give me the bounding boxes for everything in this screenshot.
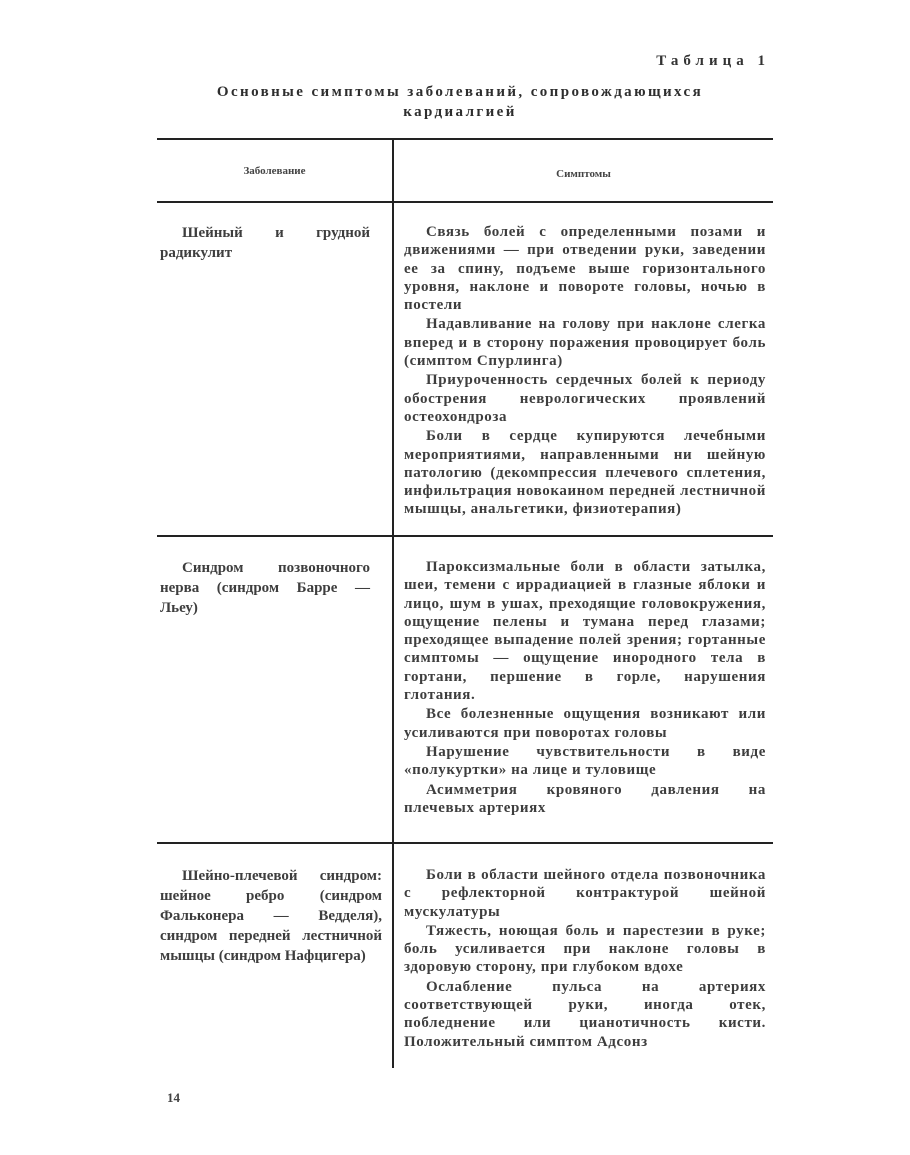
column-divider	[392, 138, 394, 1068]
page-number: 14	[167, 1090, 180, 1106]
row-3-symptoms: Боли в области шейного отдела позвоночни…	[404, 866, 766, 1052]
symptom-paragraph: Нарушение чувствительности в виде «полук…	[404, 743, 766, 780]
symptom-paragraph: Пароксизмальные боли в области затылка, …	[404, 558, 766, 704]
symptom-paragraph: Асимметрия кровяного давления на плечевы…	[404, 781, 766, 818]
header-disease: Заболевание	[157, 165, 392, 177]
table-caption: Таблица 1	[656, 53, 770, 70]
row-2-bottom-rule	[157, 842, 773, 844]
table-title: Основные симптомы заболеваний, сопровожд…	[150, 82, 770, 122]
symptom-paragraph: Все болезненные ощущения возникают или у…	[404, 705, 766, 742]
row-1-symptoms: Связь болей с определенными позами и дви…	[404, 223, 766, 520]
row-1-disease: Шейный и грудной радикулит	[160, 223, 370, 263]
symptom-paragraph: Надавливание на голову при наклоне слегк…	[404, 315, 766, 370]
symptom-paragraph: Боли в сердце купируются лечебными мероп…	[404, 427, 766, 518]
symptom-paragraph: Связь болей с определенными позами и дви…	[404, 223, 766, 314]
header-symptoms: Симптомы	[394, 168, 773, 180]
symptom-paragraph: Ослабление пульса на артериях соответств…	[404, 978, 766, 1051]
table-title-line1: Основные симптомы заболеваний, сопровожд…	[150, 82, 770, 102]
row-3-disease: Шейно-плечевой синдром: шейное ребро (си…	[160, 866, 382, 966]
row-2-symptoms: Пароксизмальные боли в области затылка, …	[404, 558, 766, 818]
symptom-paragraph: Приуроченность сердечных болей к периоду…	[404, 371, 766, 426]
table-top-rule	[157, 138, 773, 140]
symptom-paragraph: Боли в области шейного отдела позвоночни…	[404, 866, 766, 921]
table-title-line2: кардиалгией	[150, 102, 770, 122]
row-1-bottom-rule	[157, 535, 773, 537]
symptom-paragraph: Тяжесть, ноющая боль и парестезии в руке…	[404, 922, 766, 977]
row-2-disease: Синдром позвоночного нерва (синдром Барр…	[160, 558, 370, 618]
header-bottom-rule	[157, 201, 773, 203]
